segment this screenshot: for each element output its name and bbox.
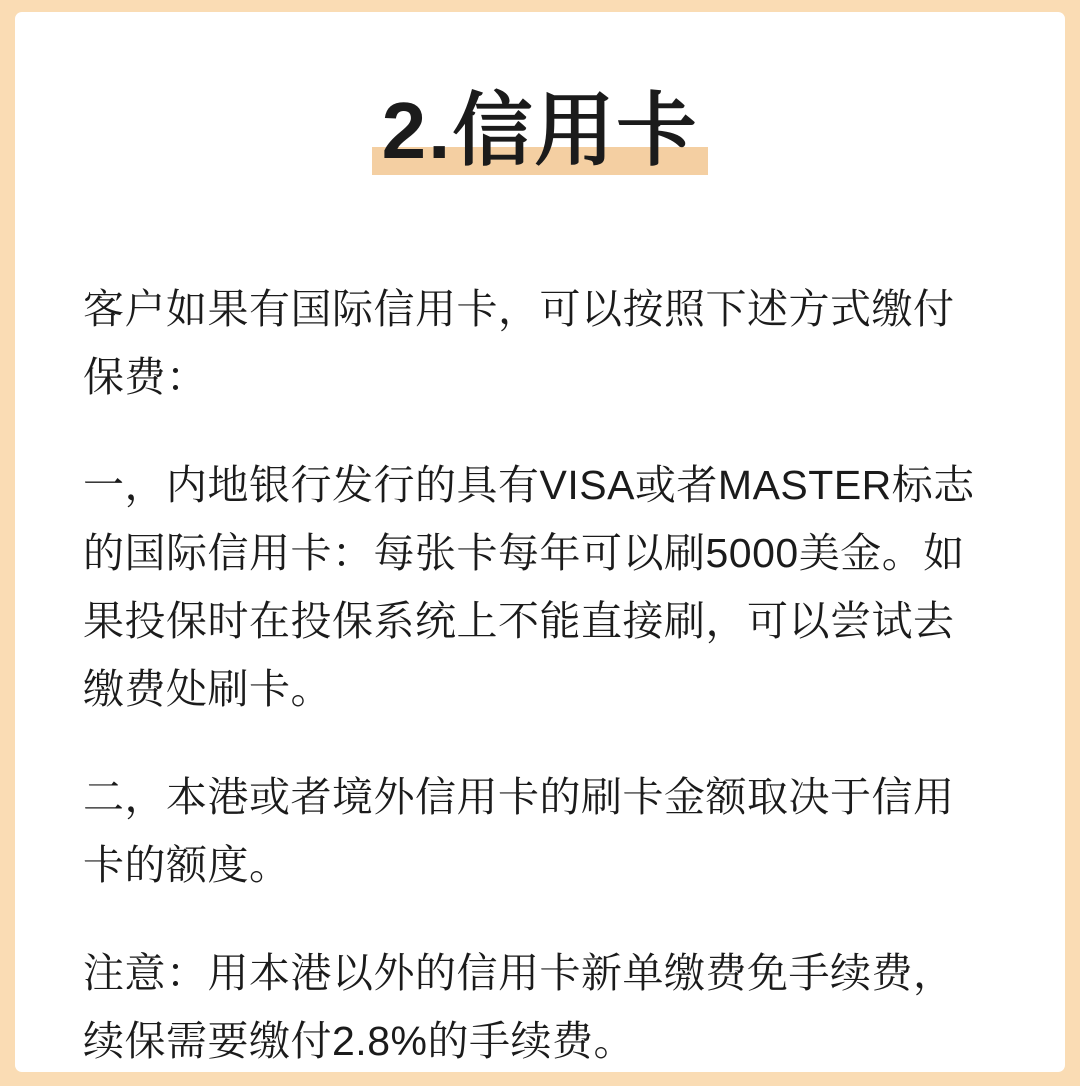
paragraph-point-two: 二，本港或者境外信用卡的刷卡金额取决于信用 卡的额度。 [83,763,1007,899]
content-card: 2.信用卡 客户如果有国际信用卡，可以按照下述方式缴付 保费： 一，内地银行发行… [15,12,1065,1072]
body-text: 客户如果有国际信用卡，可以按照下述方式缴付 保费： 一，内地银行发行的具有VIS… [15,275,1065,1072]
paragraph-intro: 客户如果有国际信用卡，可以按照下述方式缴付 保费： [83,275,1007,411]
section-title: 2.信用卡 [15,87,1065,175]
paragraph-note: 注意：用本港以外的信用卡新单缴费免手续费， 续保需要缴付2.8%的手续费。 [83,939,1007,1072]
section-title-highlight: 2.信用卡 [372,87,709,175]
page-frame: 2.信用卡 客户如果有国际信用卡，可以按照下述方式缴付 保费： 一，内地银行发行… [0,0,1080,1086]
paragraph-point-one: 一，内地银行发行的具有VISA或者MASTER标志 的国际信用卡：每张卡每年可以… [83,451,1007,723]
